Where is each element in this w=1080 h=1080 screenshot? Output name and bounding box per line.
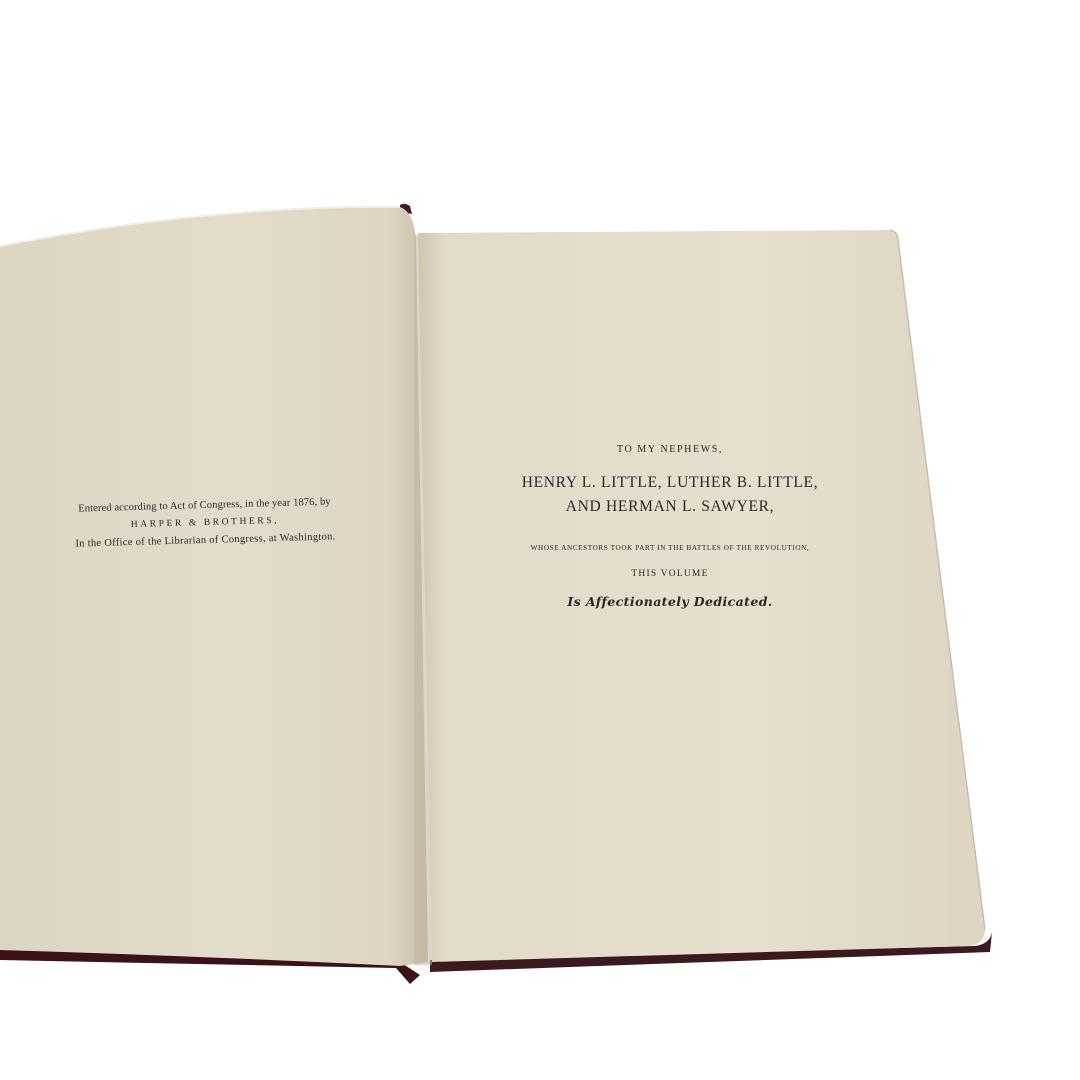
copyright-notice: Entered according to Act of Congress, in…	[39, 495, 370, 550]
dedicated-line: Is Affectionately Dedicated.	[470, 594, 870, 609]
dedication-names-2: AND HERMAN L. SAWYER,	[470, 495, 870, 519]
left-page	[0, 207, 428, 966]
publisher-name: HARPER & BROTHERS,	[40, 513, 370, 532]
dedication: TO MY NEPHEWS, HENRY L. LITTLE, LUTHER B…	[470, 444, 870, 609]
volume-line: THIS VOLUME	[470, 569, 870, 579]
ancestors-line: WHOSE ANCESTORS TOOK PART IN THE BATTLES…	[470, 544, 870, 552]
dedication-names-1: HENRY L. LITTLE, LUTHER B. LITTLE,	[470, 471, 870, 495]
dedication-to: TO MY NEPHEWS,	[470, 444, 870, 455]
book-photo-scene: Entered according to Act of Congress, in…	[0, 0, 1080, 1080]
